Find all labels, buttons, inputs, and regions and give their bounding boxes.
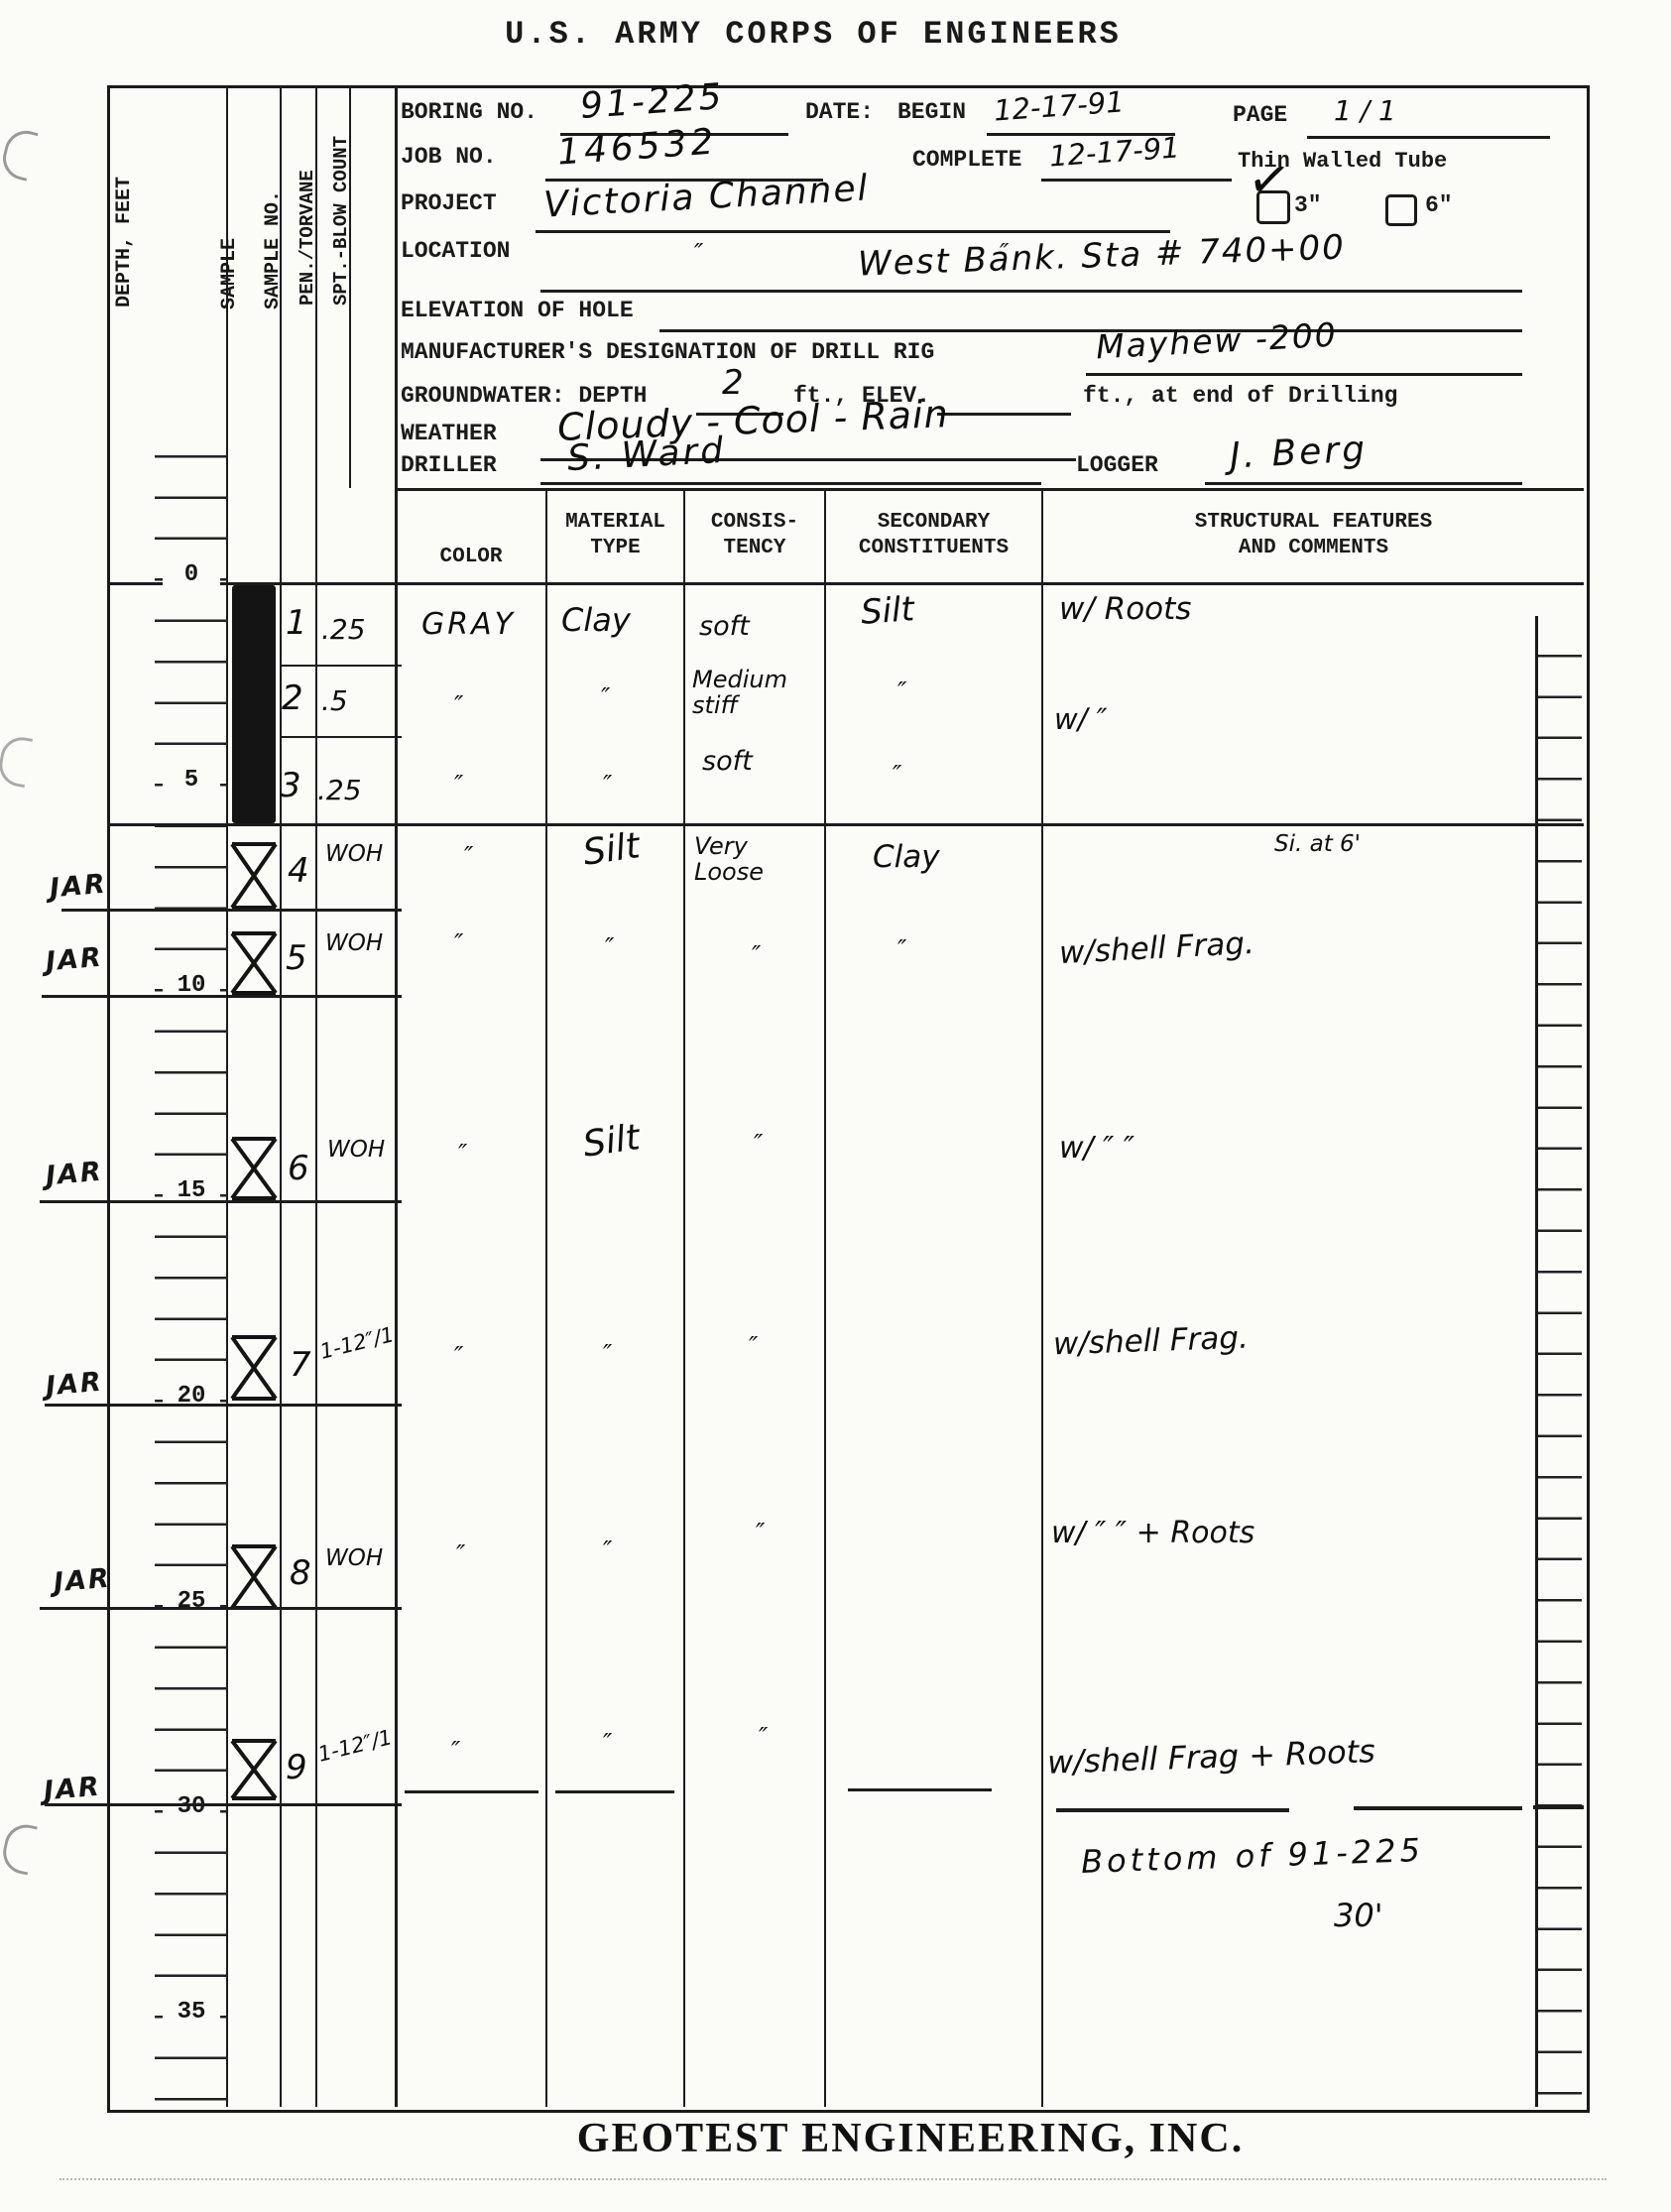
jar-sample-symbol-6 xyxy=(229,1136,279,1201)
scan-artifact xyxy=(0,734,33,788)
jar-note-6: JAR xyxy=(45,1157,104,1192)
silt-at-6ft-note: Si. at 6' xyxy=(1274,831,1361,857)
jar-sample-symbol-5 xyxy=(229,930,279,996)
begin-label: BEGIN xyxy=(897,99,966,125)
comment-underline xyxy=(1056,1808,1289,1812)
scan-artifact xyxy=(0,1821,38,1876)
row-3-pen: .25 xyxy=(317,774,362,806)
driller-value: S. Ward xyxy=(566,430,727,479)
row-5-consistency: ″ xyxy=(752,940,761,969)
bottom-depth-note: 30' xyxy=(1334,1897,1383,1934)
groundwater-depth-value: 2 xyxy=(722,363,744,403)
end-dash xyxy=(405,1790,538,1793)
underline xyxy=(1041,179,1232,182)
company-footer: GEOTEST ENGINEERING, INC. xyxy=(107,2115,1671,2162)
layer-boundary-line xyxy=(107,823,1584,826)
jar-sample-symbol-8 xyxy=(229,1543,279,1611)
row-3-consistency: soft xyxy=(702,746,753,777)
underline xyxy=(659,329,1522,332)
row-7-material: ″ xyxy=(603,1339,612,1368)
groundwater-suffix-label: ft., at end of Drilling xyxy=(1083,383,1397,409)
depth-label-5: 5 xyxy=(163,767,220,794)
row-5-sample-no: 5 xyxy=(286,938,307,978)
row-5-secondary: ″ xyxy=(897,934,906,963)
row-4-secondary: Clay xyxy=(873,839,940,875)
row-8-consistency: ″ xyxy=(756,1518,765,1546)
job-no-label: JOB NO. xyxy=(401,144,497,170)
row-4-color: ″ xyxy=(464,841,473,870)
row-4-consistency: Very Loose xyxy=(694,833,764,885)
row-4-pen: WOH xyxy=(325,841,383,867)
boring-log-page: U.S. ARMY CORPS OF ENGINEERS DEPTH, FEET… xyxy=(0,0,1671,2212)
row-1-color: GRAY xyxy=(421,607,516,642)
row-3-secondary: ″ xyxy=(893,760,901,789)
row-9-color: ″ xyxy=(451,1736,460,1765)
depth-tick-ruler xyxy=(155,417,228,2107)
row-6-consistency: ″ xyxy=(754,1129,763,1158)
jar-note-7: JAR xyxy=(45,1367,104,1403)
row-1-consistency: soft xyxy=(699,611,750,642)
tube-6in-checkbox xyxy=(1385,194,1417,226)
logger-value: J. Berg xyxy=(1229,429,1369,476)
row-7-comments: w/shell Frag. xyxy=(1052,1320,1249,1363)
row-2-consistency: Medium stiff xyxy=(692,667,787,718)
row-1-secondary: Silt xyxy=(860,589,915,633)
sample-label: SAMPLE xyxy=(218,238,242,309)
column-header-material: MATERIAL TYPE xyxy=(547,488,683,582)
row-6-sample-no: 6 xyxy=(288,1149,309,1188)
ruler-30ft-mark xyxy=(1533,1805,1584,1809)
date-label: DATE: xyxy=(805,99,874,125)
row-2-sample-no: 2 xyxy=(282,678,303,718)
row-line xyxy=(42,995,402,998)
row-4-sample-no: 4 xyxy=(288,851,309,891)
row-7-consistency: ″ xyxy=(749,1331,758,1360)
jar-sample-symbol-7 xyxy=(229,1334,279,1402)
column-header-color: COLOR xyxy=(397,488,545,582)
right-tick-ruler xyxy=(1535,616,1582,2107)
row-8-color: ″ xyxy=(456,1539,465,1568)
underline xyxy=(540,482,1041,485)
row-8-material: ″ xyxy=(603,1536,612,1564)
underline xyxy=(536,230,1170,233)
location-ditto: ″ xyxy=(694,238,703,267)
depth-label-30: 30 xyxy=(163,1793,220,1820)
row-line xyxy=(280,665,402,667)
row-line xyxy=(61,909,402,912)
boring-no-label: BORING NO. xyxy=(401,99,537,125)
jar-note-4: JAR xyxy=(49,869,108,905)
project-label: PROJECT xyxy=(401,190,497,216)
underline xyxy=(937,413,1071,416)
row-6-material: Silt xyxy=(580,1117,642,1166)
row-2-secondary: ″ xyxy=(897,676,906,705)
depth-feet-label: DEPTH, FEET xyxy=(113,177,137,307)
jar-note-5: JAR xyxy=(45,942,104,978)
column-header-consistency: CONSIS- TENCY xyxy=(685,488,824,582)
row-1-material: Clay xyxy=(561,601,631,639)
row-line xyxy=(40,1200,402,1203)
row-5-color: ″ xyxy=(454,928,463,957)
jar-note-9: JAR xyxy=(43,1772,102,1807)
scan-edge xyxy=(60,2178,1607,2180)
sample-no-label: SAMPLE NO. xyxy=(262,190,286,309)
column-header-features: STRUCTURAL FEATURES AND COMMENTS xyxy=(1043,488,1584,582)
pen-torvane-label: PEN./TORVANE xyxy=(296,170,319,306)
divider xyxy=(1041,488,1043,2107)
page-label: PAGE xyxy=(1233,102,1287,128)
page-value: 1 / 1 xyxy=(1334,94,1396,127)
spt-blow-count-label: SPT.-BLOW COUNT xyxy=(329,136,353,306)
row-1-pen: .25 xyxy=(321,613,366,646)
row-2-material: ″ xyxy=(601,682,610,711)
divider xyxy=(824,488,826,2107)
row-6-pen: WOH xyxy=(327,1137,385,1163)
row-2-color: ″ xyxy=(454,690,463,719)
row-8-sample-no: 8 xyxy=(290,1553,311,1593)
row-6-color: ″ xyxy=(458,1139,467,1167)
row-3-material: ″ xyxy=(603,770,612,799)
row-5-material: ″ xyxy=(605,932,614,961)
depth-label-25: 25 xyxy=(163,1588,220,1615)
row-7-sample-no: 7 xyxy=(290,1345,311,1385)
row-6-comments: w/ ″ ″ xyxy=(1059,1131,1134,1166)
row-1-sample-no: 1 xyxy=(286,603,307,643)
weather-label: WEATHER xyxy=(401,421,497,446)
row-3-sample-no: 3 xyxy=(280,766,301,805)
checkmark-icon: ✓ xyxy=(1244,148,1295,212)
row-5-pen: WOH xyxy=(325,930,383,956)
complete-label: COMPLETE xyxy=(912,147,1021,173)
row-2-comments: w/ ″ xyxy=(1054,702,1108,736)
row-9-material: ″ xyxy=(603,1728,612,1757)
tube-sample-bar xyxy=(232,585,276,823)
depth-label-0: 0 xyxy=(163,561,220,588)
tube-3in-label: 3" xyxy=(1294,192,1322,218)
underline xyxy=(1307,136,1550,139)
column-header-secondary: SECONDARY CONSTITUENTS xyxy=(826,488,1041,582)
underline xyxy=(540,290,1522,293)
divider xyxy=(545,488,547,2107)
location-label: LOCATION xyxy=(401,238,510,264)
row-8-pen: WOH xyxy=(325,1545,383,1571)
row-8-comments: w/ ″ ″ + Roots xyxy=(1051,1516,1254,1550)
driller-label: DRILLER xyxy=(401,452,497,478)
row-line xyxy=(45,1803,402,1806)
row-line xyxy=(40,1607,402,1610)
depth-zero-line xyxy=(107,582,1584,585)
row-9-sample-no: 9 xyxy=(286,1748,307,1787)
end-dash xyxy=(848,1788,992,1791)
row-7-color: ″ xyxy=(454,1341,463,1370)
divider xyxy=(683,488,685,2107)
row-1-comments: w/ Roots xyxy=(1059,591,1191,627)
row-3-color: ″ xyxy=(454,770,463,799)
underline xyxy=(1086,373,1522,376)
comment-underline xyxy=(1354,1806,1522,1810)
row-line xyxy=(45,1404,402,1407)
depth-label-35: 35 xyxy=(163,1999,220,2026)
row-2-pen: .5 xyxy=(321,684,348,717)
drill-rig-label: MANUFACTURER'S DESIGNATION OF DRILL RIG xyxy=(401,339,934,365)
jar-sample-symbol-9 xyxy=(229,1738,279,1801)
row-4-material: Silt xyxy=(580,825,642,874)
underline xyxy=(1205,482,1522,485)
row-9-consistency: ″ xyxy=(759,1722,768,1751)
tube-6in-label: 6" xyxy=(1425,192,1453,218)
jar-sample-symbol-4 xyxy=(229,841,279,911)
elevation-label: ELEVATION OF HOLE xyxy=(401,298,634,323)
row-line xyxy=(280,736,402,738)
jar-note-8: JAR xyxy=(53,1563,112,1599)
scan-artifact xyxy=(0,126,39,182)
page-title: U.S. ARMY CORPS OF ENGINEERS xyxy=(109,16,1517,53)
logger-label: LOGGER xyxy=(1076,452,1158,478)
end-dash xyxy=(555,1790,674,1793)
